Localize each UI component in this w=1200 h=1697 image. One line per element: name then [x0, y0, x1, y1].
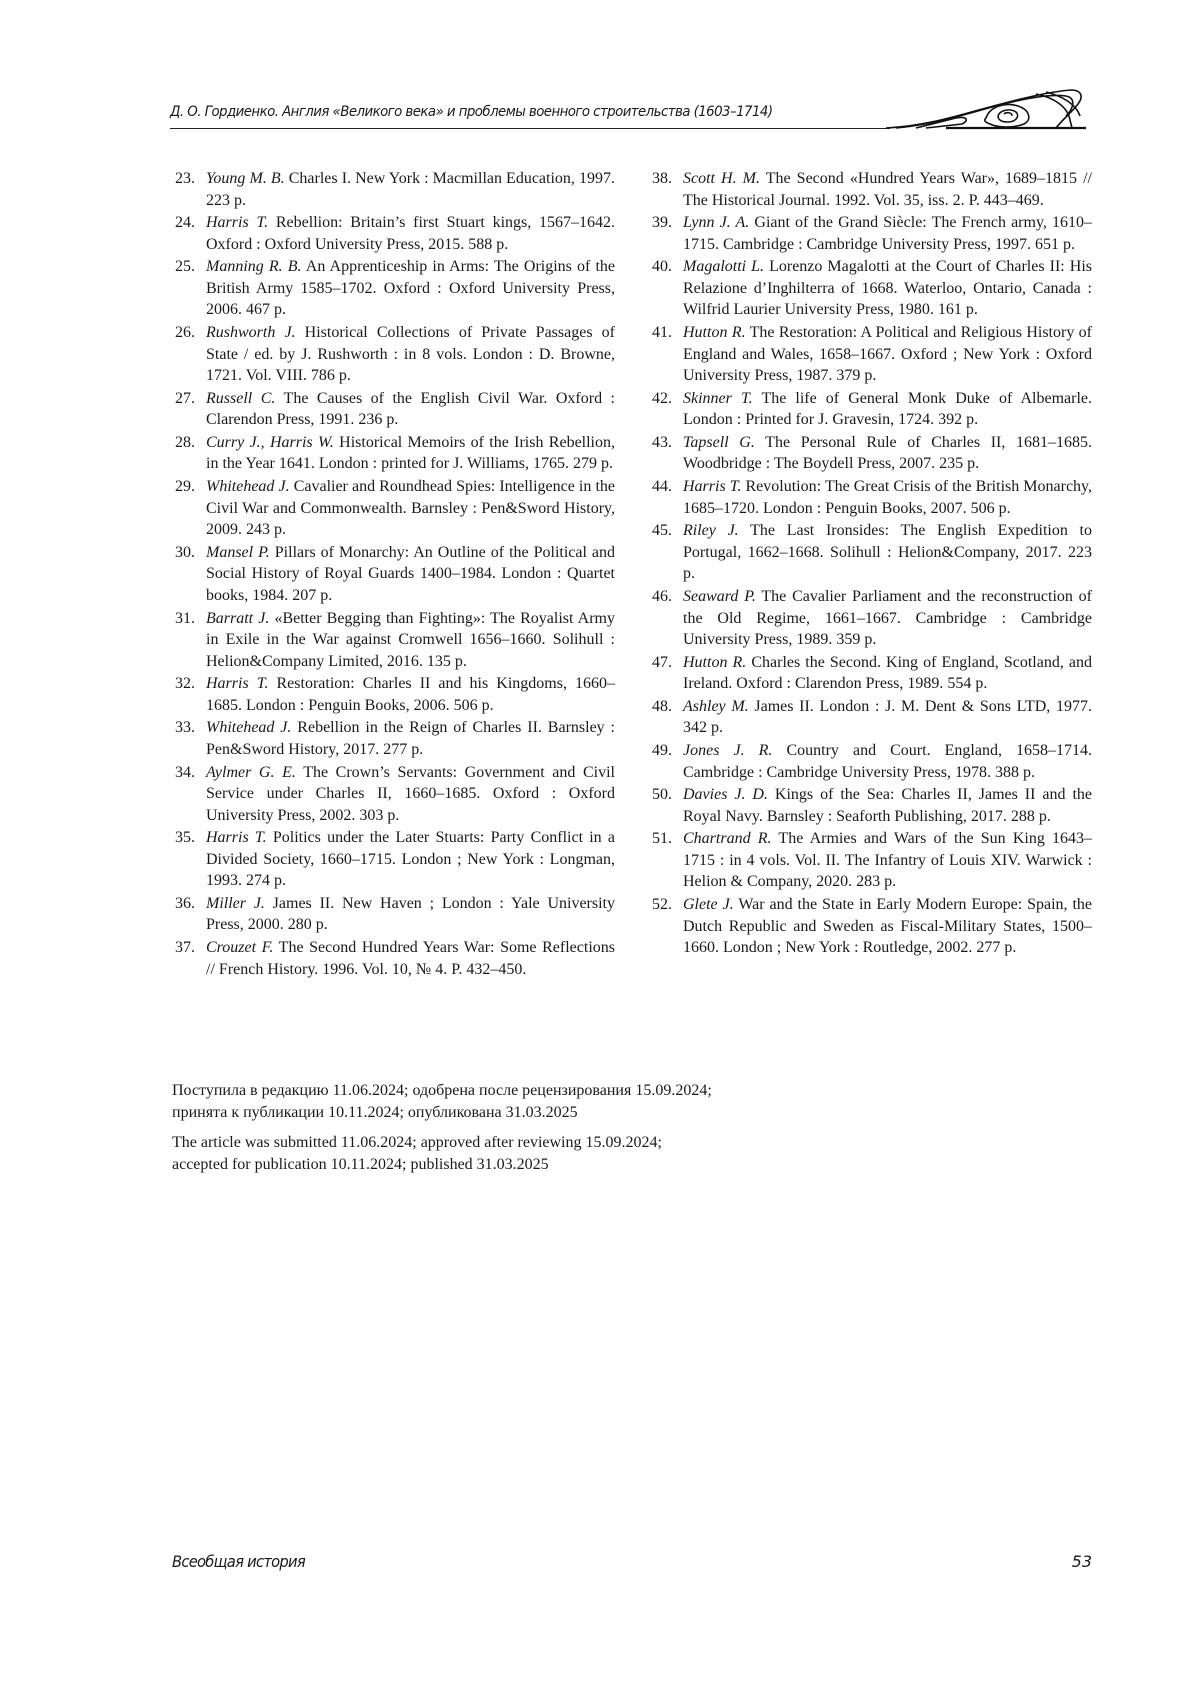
- reference-author: Russell C.: [206, 390, 275, 407]
- reference-author: Chartrand R.: [683, 830, 772, 847]
- reference-number: 48.: [652, 696, 672, 718]
- reference-item: 38.Scott H. M. The Second «Hundred Years…: [652, 168, 1092, 211]
- reference-text: James II. New Haven ; London : Yale Univ…: [206, 895, 615, 934]
- reference-item: 26.Rushworth J. Historical Collections o…: [175, 322, 615, 387]
- references-left-column: 23.Young M. B. Charles I. New York : Mac…: [175, 168, 615, 981]
- reference-item: 35.Harris T. Politics under the Later St…: [175, 827, 615, 892]
- reference-text: Revolution: The Great Crisis of the Brit…: [683, 478, 1092, 517]
- reference-author: Aylmer G. E.: [206, 764, 296, 781]
- reference-author: Curry J., Harris W.: [206, 434, 334, 451]
- reference-item: 49.Jones J. R. Country and Court. Englan…: [652, 740, 1092, 783]
- reference-author: Rushworth J.: [206, 324, 296, 341]
- reference-number: 37.: [175, 937, 195, 959]
- reference-number: 28.: [175, 432, 195, 454]
- reference-author: Lynn J. A.: [683, 214, 749, 231]
- reference-item: 25.Manning R. B. An Apprenticeship in Ar…: [175, 256, 615, 321]
- reference-number: 29.: [175, 476, 195, 498]
- reference-item: 29.Whitehead J. Cavalier and Roundhead S…: [175, 476, 615, 541]
- reference-author: Barratt J.: [206, 610, 269, 627]
- dates-en-line-2: accepted for publication 10.11.2024; pub…: [172, 1154, 872, 1176]
- reference-item: 52.Glete J. War and the State in Early M…: [652, 894, 1092, 959]
- reference-number: 34.: [175, 762, 195, 784]
- reference-item: 50.Davies J. D. Kings of the Sea: Charle…: [652, 784, 1092, 827]
- reference-item: 33.Whitehead J. Rebellion in the Reign o…: [175, 717, 615, 760]
- reference-number: 47.: [652, 652, 672, 674]
- reference-number: 23.: [175, 168, 195, 190]
- reference-text: Politics under the Later Stuarts: Party …: [206, 829, 615, 889]
- reference-number: 51.: [652, 828, 672, 850]
- reference-number: 36.: [175, 893, 195, 915]
- reference-number: 27.: [175, 388, 195, 410]
- reference-author: Miller J.: [206, 895, 265, 912]
- reference-number: 50.: [652, 784, 672, 806]
- reference-item: 39.Lynn J. A. Giant of the Grand Siècle:…: [652, 212, 1092, 255]
- running-header: Д. О. Гордиенко. Англия «Великого века» …: [170, 104, 1090, 130]
- reference-number: 40.: [652, 256, 672, 278]
- reference-number: 46.: [652, 586, 672, 608]
- reference-number: 33.: [175, 717, 195, 739]
- dates-en-line-1: The article was submitted 11.06.2024; ap…: [172, 1132, 872, 1154]
- reference-author: Manning R. B.: [206, 258, 302, 275]
- reference-number: 45.: [652, 520, 672, 542]
- reference-item: 43.Tapsell G. The Personal Rule of Charl…: [652, 432, 1092, 475]
- reference-author: Jones J. R.: [683, 742, 772, 759]
- reference-number: 52.: [652, 894, 672, 916]
- reference-item: 45.Riley J. The Last Ironsides: The Engl…: [652, 520, 1092, 585]
- reference-number: 44.: [652, 476, 672, 498]
- running-title: Д. О. Гордиенко. Англия «Великого века» …: [170, 104, 772, 120]
- reference-item: 44.Harris T. Revolution: The Great Crisi…: [652, 476, 1092, 519]
- dates-ru-line-2: принята к публикации 10.11.2024; опублик…: [172, 1102, 872, 1124]
- reference-author: Hutton R.: [683, 324, 746, 341]
- reference-author: Harris T.: [206, 214, 268, 231]
- reference-author: Davies J. D.: [683, 786, 768, 803]
- reference-item: 31.Barratt J. «Better Begging than Fight…: [175, 608, 615, 673]
- reference-item: 47.Hutton R. Charles the Second. King of…: [652, 652, 1092, 695]
- reference-item: 27.Russell C. The Causes of the English …: [175, 388, 615, 431]
- reference-author: Tapsell G.: [683, 434, 755, 451]
- reference-author: Ashley M.: [683, 698, 749, 715]
- reference-item: 36.Miller J. James II. New Haven ; Londo…: [175, 893, 615, 936]
- reference-text: Restoration: Charles II and his Kingdoms…: [206, 675, 615, 714]
- reference-number: 25.: [175, 256, 195, 278]
- reference-number: 43.: [652, 432, 672, 454]
- reference-item: 48.Ashley M. James II. London : J. M. De…: [652, 696, 1092, 739]
- header-rule: [170, 128, 890, 129]
- reference-text: Rebellion: Britain’s first Stuart kings,…: [206, 214, 615, 253]
- reference-author: Whitehead J.: [206, 719, 291, 736]
- reference-item: 24.Harris T. Rebellion: Britain’s first …: [175, 212, 615, 255]
- reference-item: 51.Chartrand R. The Armies and Wars of t…: [652, 828, 1092, 893]
- footer-journal-name: Всеобщая история: [172, 1552, 305, 1571]
- page-number: 53: [1072, 1552, 1092, 1571]
- reference-number: 26.: [175, 322, 195, 344]
- publication-dates-english: The article was submitted 11.06.2024; ap…: [172, 1132, 872, 1175]
- reference-number: 41.: [652, 322, 672, 344]
- reference-item: 46.Seaward P. The Cavalier Parliament an…: [652, 586, 1092, 651]
- reference-author: Harris T.: [683, 478, 741, 495]
- reference-number: 30.: [175, 542, 195, 564]
- reference-number: 35.: [175, 827, 195, 849]
- reference-item: 40.Magalotti L. Lorenzo Magalotti at the…: [652, 256, 1092, 321]
- reference-number: 31.: [175, 608, 195, 630]
- reference-number: 38.: [652, 168, 672, 190]
- reference-author: Mansel P.: [206, 544, 270, 561]
- reference-author: Riley J.: [683, 522, 739, 539]
- reference-author: Whitehead J.: [206, 478, 290, 495]
- reference-item: 30.Mansel P. Pillars of Monarchy: An Out…: [175, 542, 615, 607]
- reference-author: Crouzet F.: [206, 939, 273, 956]
- reference-number: 42.: [652, 388, 672, 410]
- reference-number: 24.: [175, 212, 195, 234]
- reference-number: 49.: [652, 740, 672, 762]
- references-right-column: 38.Scott H. M. The Second «Hundred Years…: [652, 168, 1092, 960]
- reference-item: 34.Aylmer G. E. The Crown’s Servants: Go…: [175, 762, 615, 827]
- reference-item: 23.Young M. B. Charles I. New York : Mac…: [175, 168, 615, 211]
- dates-ru-line-1: Поступила в редакцию 11.06.2024; одобрен…: [172, 1080, 872, 1102]
- reference-item: 37.Crouzet F. The Second Hundred Years W…: [175, 937, 615, 980]
- reference-author: Young M. B.: [206, 170, 285, 187]
- reference-text: The Last Ironsides: The English Expediti…: [683, 522, 1092, 582]
- reference-number: 32.: [175, 673, 195, 695]
- reference-text: War and the State in Early Modern Europe…: [683, 896, 1092, 956]
- reference-author: Glete J.: [683, 896, 734, 913]
- publication-dates-russian: Поступила в редакцию 11.06.2024; одобрен…: [172, 1080, 872, 1123]
- reference-author: Magalotti L.: [683, 258, 764, 275]
- reference-item: 41.Hutton R. The Restoration: A Politica…: [652, 322, 1092, 387]
- reference-author: Harris T.: [206, 675, 268, 692]
- reference-item: 42.Skinner T. The life of General Monk D…: [652, 388, 1092, 431]
- reference-author: Hutton R.: [683, 654, 746, 671]
- reference-number: 39.: [652, 212, 672, 234]
- reference-item: 28.Curry J., Harris W. Historical Memoir…: [175, 432, 615, 475]
- reference-author: Harris T.: [206, 829, 267, 846]
- ornament-icon: [886, 86, 1086, 132]
- reference-author: Seaward P.: [683, 588, 756, 605]
- reference-author: Scott H. M.: [683, 170, 760, 187]
- reference-author: Skinner T.: [683, 390, 753, 407]
- reference-item: 32.Harris T. Restoration: Charles II and…: [175, 673, 615, 716]
